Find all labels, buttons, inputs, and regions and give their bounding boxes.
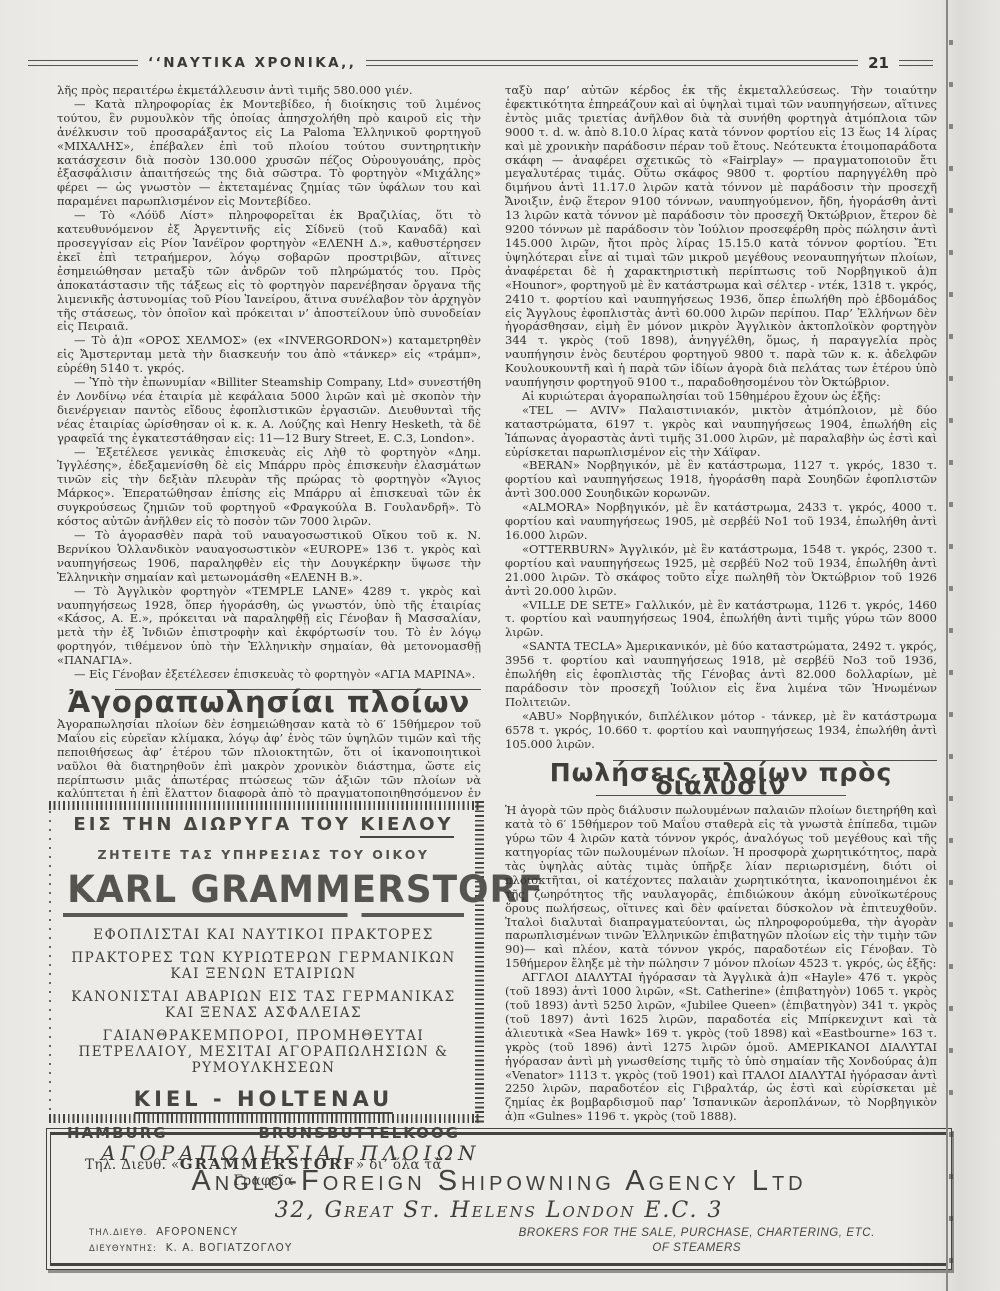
ad-dotted-border-left bbox=[49, 811, 51, 1113]
ad-company-rule bbox=[63, 913, 464, 917]
ad-director-line: ΔΙΕΥΘΥΝΤΗΣ: Κ. Α. ΒΟΓΙΑΤΖΟΓΛΟΥ bbox=[89, 1242, 292, 1254]
ad-telegraph-label: ΤΗΛ.ΔΙΕΥΘ. bbox=[89, 1228, 147, 1238]
paragraph: Ἡ ἀγορὰ τῶν πρὸς διάλυσιν πωλουμένων παλ… bbox=[505, 804, 937, 971]
page-edge bbox=[946, 0, 948, 1291]
ship-sale-entry: «ALMORA» Νορβηγικόν, μὲ ἓν κατάστρωμα, 2… bbox=[505, 501, 937, 543]
paragraph: — Ἐξετέλεσε γενικὰς ἐπισκευὰς εἰς Λὴθ τὸ… bbox=[57, 446, 481, 529]
ad-brokers-line2: OF STEAMERS bbox=[519, 1241, 875, 1256]
ad-contact-block: ΤΗΛ.ΔΙΕΥΘ. AFOPONENCY ΔΙΕΥΘΥΝΤΗΣ: Κ. Α. … bbox=[89, 1226, 292, 1258]
ship-sale-entry: «VILLE DE SETE» Γαλλικόν, μὲ ἓν κατάστρω… bbox=[505, 599, 937, 641]
ad-service-line: ΕΦΟΠΛΙΣΤΑΙ ΚΑΙ ΝΑΥΤΙΚΟΙ ΠΡΑΚΤΟΡΕΣ bbox=[61, 927, 466, 943]
ship-sale-entry: «TEL — AVIV» Παλαιστινιακόν, μικτὸν ἀτμό… bbox=[505, 404, 937, 460]
masthead-rule-middle bbox=[366, 60, 858, 66]
ad-title: ΑΓΟΡΑΠΩΛΗΣΙΑΙ ΠΛΟΙΩΝ bbox=[101, 1141, 933, 1165]
paragraph: — Κατὰ πληροφορίας ἐκ Μοντεβίδεο, ἡ διοί… bbox=[57, 98, 481, 209]
paragraph: — Ὑπὸ τὴν ἐπωνυμίαν «Billiter Steamship … bbox=[57, 376, 481, 446]
ship-sale-entry: «SANTA TECLA» Ἀμερικανικόν, μὲ δύο κατασ… bbox=[505, 640, 937, 710]
ship-sale-entry: «BERAN» Νορβηγικόν, μὲ ἓν κατάστρωμα, 11… bbox=[505, 459, 937, 501]
page-edge-perforations bbox=[949, 40, 953, 1271]
ship-sale-entry: «OTTERBURN» Ἀγγλικόν, μὲ ἓν κατάστρωμα, … bbox=[505, 543, 937, 599]
paragraph: — Τὸ Ἀγγλικὸν φορτηγὸν «TEMPLE LANE» 428… bbox=[57, 585, 481, 668]
masthead-rule-left bbox=[28, 60, 138, 66]
section-heading-demolition-sales: Πωλήσεις πλοίων πρὸς διάλυσιν bbox=[505, 766, 937, 794]
magazine-page-scan: ‘‘ΝΑΥΤΙΚΑ ΧΡΟΝΙΚΑ,, 21 λῆς πρὸς περαιτέρ… bbox=[0, 0, 1000, 1291]
ad-inner-frame: ΑΓΟΡΑΠΩΛΗΣΙΑΙ ΠΛΟΙΩΝ Anglo-Foreign Shipo… bbox=[50, 1132, 948, 1266]
ad-service-line: ΠΡΑΚΤΟΡΕΣ ΤΩΝ ΚΥΡΙΩΤΕΡΩΝ ΓΕΡΜΑΝΙΚΩΝ ΚΑΙ … bbox=[61, 950, 466, 982]
right-column: ταξὺ παρ’ αὐτῶν κέρδος ἐκ τῆς ἐκμεταλλεύ… bbox=[505, 84, 937, 1124]
ad-director-label: ΔΙΕΥΘΥΝΤΗΣ: bbox=[89, 1244, 157, 1254]
ad-hatch-border-right bbox=[475, 801, 484, 1123]
ad-company-name: Anglo-Foreign Shipowning Agency Ltd bbox=[65, 1165, 933, 1198]
ship-sale-entry: «ABU» Νορβηγικόν, διπλέλικον μότορ - τάν… bbox=[505, 710, 937, 752]
page-number: 21 bbox=[868, 54, 889, 72]
ad-service-line: ΓΑΙΑΝΘΡΑΚΕΜΠΟΡΟΙ, ΠΡΟΜΗΘΕΥΤΑΙ ΠΕΤΡΕΛΑΙΟΥ… bbox=[61, 1028, 466, 1076]
kiel-grammerstorf-ad: ΕΙΣ ΤΗΝ ΔΙΩΡΥΓΑ ΤΟΥ ΚΙΕΛΟΥ ΖΗΤΕΙΤΕ ΤΑΣ Υ… bbox=[49, 801, 480, 1123]
ad-location-holtenau: HOLTENAU bbox=[237, 1087, 393, 1111]
magazine-title: ‘‘ΝΑΥΤΙΚΑ ΧΡΟΝΙΚΑ,, bbox=[148, 55, 356, 71]
paragraph: λῆς πρὸς περαιτέρω ἐκμετάλλευσιν ἀντὶ τι… bbox=[57, 84, 481, 98]
paragraph: — Τὸ ἀ)π «ΟΡΟΣ ΧΕΛΜΟΣ» (ex «INVERGORDON»… bbox=[57, 334, 481, 376]
masthead-rule-right bbox=[899, 60, 933, 66]
paragraph: — Τὸ «Λόϋδ Λίστ» πληροφορεῖται ἐκ Βραζιλ… bbox=[57, 209, 481, 334]
paragraph: — Τὸ ἀγορασθὲν παρὰ τοῦ ναυαγοσωστικοῦ Ο… bbox=[57, 529, 481, 585]
paragraph: Ἀγοραπωλησίαι πλοίων δὲν ἐσημειώθησαν κα… bbox=[57, 718, 481, 798]
ad-service-line: ΚΑΝΟΝΙΣΤΑΙ ΑΒΑΡΙΩΝ ΕΙΣ ΤΑΣ ΓΕΡΜΑΝΙΚΑΣ ΚΑ… bbox=[61, 989, 466, 1021]
ad-address: 32, Great St. Helens London E.C. 3 bbox=[65, 1198, 933, 1223]
paragraph: ΑΓΓΛΟΙ ΔΙΑΛΥΤΑΙ ἠγόρασαν τὰ Ἀγγλικὰ ἀ)π … bbox=[505, 971, 937, 1124]
anglo-foreign-agency-ad: ΑΓΟΡΑΠΩΛΗΣΙΑΙ ΠΛΟΙΩΝ Anglo-Foreign Shipo… bbox=[46, 1128, 952, 1270]
ad-location-text: KIEL - HOLTENAU bbox=[134, 1087, 393, 1114]
ad-subheadline: ΖΗΤΕΙΤΕ ΤΑΣ ΥΠΗΡΕΣΙΑΣ ΤΟΥ ΟΙΚΟΥ bbox=[61, 847, 466, 862]
ad-footer-row: ΤΗΛ.ΔΙΕΥΘ. AFOPONENCY ΔΙΕΥΘΥΝΤΗΣ: Κ. Α. … bbox=[65, 1226, 933, 1258]
ad-brokers-block: BROKERS FOR THE SALE, PURCHASE, CHARTERI… bbox=[519, 1226, 875, 1256]
ad-director-value: Κ. Α. ΒΟΓΙΑΤΖΟΓΛΟΥ bbox=[166, 1242, 293, 1254]
ad-hatch-border-top bbox=[49, 801, 480, 810]
paragraph: ταξὺ παρ’ αὐτῶν κέρδος ἐκ τῆς ἐκμεταλλεύ… bbox=[505, 84, 937, 390]
section-heading-ship-sales: Ἀγοραπωλησίαι πλοίων bbox=[57, 696, 481, 710]
ad-location-kiel: KIEL - bbox=[134, 1087, 237, 1111]
ad-company-name: KARL GRAMMERSTORF bbox=[67, 868, 460, 911]
ad-telegraph-value: AFOPONENCY bbox=[156, 1226, 238, 1238]
ad-telegraph-line: ΤΗΛ.ΔΙΕΥΘ. AFOPONENCY bbox=[89, 1226, 292, 1238]
paragraph: — Εἰς Γένοβαν ἐξετέλεσεν ἐπισκευὰς τὸ φο… bbox=[57, 668, 481, 682]
ad-content: ΕΙΣ ΤΗΝ ΔΙΩΡΥΓΑ ΤΟΥ ΚΙΕΛΟΥ ΖΗΤΕΙΤΕ ΤΑΣ Υ… bbox=[61, 812, 466, 1112]
ad-hatch-border-bottom bbox=[49, 1114, 480, 1123]
masthead: ‘‘ΝΑΥΤΙΚΑ ΧΡΟΝΙΚΑ,, 21 bbox=[28, 54, 933, 72]
ad-headline-underlined: ΚΙΕΛΟΥ bbox=[360, 814, 453, 838]
ad-headline: ΕΙΣ ΤΗΝ ΔΙΩΡΥΓΑ ΤΟΥ ΚΙΕΛΟΥ bbox=[61, 814, 466, 835]
left-column: λῆς πρὸς περαιτέρω ἐκμετάλλευσιν ἀντὶ τι… bbox=[57, 84, 481, 798]
paragraph: Αἱ κυριώτεραι ἀγοραπωλησίαι τοῦ 15θημέρο… bbox=[505, 390, 937, 404]
ad-headline-text: ΕΙΣ ΤΗΝ ΔΙΩΡΥΓΑ ΤΟΥ bbox=[73, 814, 360, 835]
ad-brokers-line1: BROKERS FOR THE SALE, PURCHASE, CHARTERI… bbox=[519, 1226, 875, 1241]
ad-location-main: KIEL - HOLTENAU bbox=[61, 1087, 466, 1111]
